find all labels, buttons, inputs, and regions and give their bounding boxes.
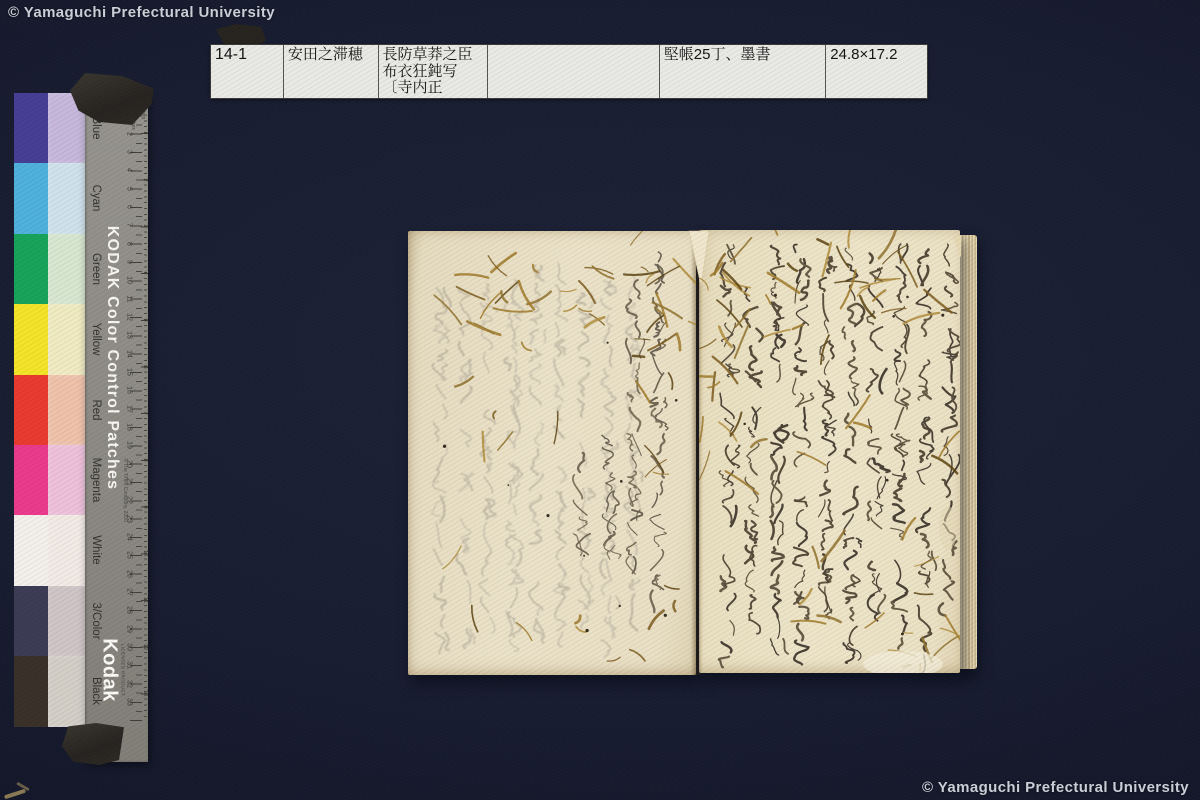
ruler-cm-number: 27 xyxy=(126,588,133,596)
ruler-cm-number: 11 xyxy=(126,295,133,302)
patch-pale-cyan xyxy=(48,163,85,233)
label-cell-author: 安田之滞穂 xyxy=(284,45,379,98)
label-cell-number: 14-1 xyxy=(211,45,284,98)
ruler-cm-number: 16 xyxy=(126,386,133,394)
patch-label: Green xyxy=(90,253,102,285)
patch-white xyxy=(14,515,48,585)
ruler-cm-number: 25 xyxy=(126,551,133,559)
ruler-cm-number: 20 xyxy=(126,460,133,468)
copyright-top-left: © Yamaguchi Prefectural University xyxy=(8,4,275,21)
ruler-inch-number: 6 xyxy=(142,365,148,368)
patch-magenta xyxy=(14,445,48,515)
copyright-bottom-right: © Yamaguchi Prefectural University xyxy=(922,779,1189,796)
patch-red xyxy=(14,375,48,445)
patch-3-color xyxy=(14,586,48,656)
patch-pale-yellow xyxy=(48,304,85,374)
ruler-inch-number: 13 xyxy=(142,690,148,696)
ruler-cm-number: 31 xyxy=(126,661,133,669)
patch-pale-red xyxy=(48,375,85,445)
patch-label: Cyan xyxy=(90,185,102,212)
ruler-cm-number: 26 xyxy=(126,570,133,578)
ruler-cm-number: 17 xyxy=(126,405,133,413)
ruler-cm-number: 4 xyxy=(126,168,133,172)
ruler-cm-number: 10 xyxy=(126,276,133,284)
ruler-ticks-inch-major xyxy=(141,133,148,723)
patch-green xyxy=(14,234,48,304)
kodak-gray-panel: KODAK Color Control Patches © The Tiffen… xyxy=(85,90,148,762)
catalog-label-strip: 14-1安田之滞穂長防草莽之臣布衣狂鈍写〔寺内正堅帳25丁、墨書24.8×17.… xyxy=(210,44,928,99)
ruler-cm-number: 6 xyxy=(126,205,133,209)
calligraphy-and-stains xyxy=(408,228,976,680)
ruler-cm-number: 2 xyxy=(126,132,133,136)
ruler-cm-number: 7 xyxy=(126,223,133,227)
patch-label: Magenta xyxy=(90,458,102,503)
ruler-cm-number: 9 xyxy=(126,260,133,264)
label-cell-format: 堅帳25丁、墨書 xyxy=(660,45,827,98)
kodak-brand-text: KODAK Color Control Patches xyxy=(103,226,121,490)
ruler-cm-number: 21 xyxy=(126,478,133,486)
label-cell-size: 24.8×17.2 xyxy=(826,45,927,98)
patch-label: Red xyxy=(90,399,102,420)
ruler-cm-number: 23 xyxy=(126,515,133,523)
ruler-inch-number: 7 xyxy=(142,412,148,415)
archival-photo: © Yamaguchi Prefectural University 14-1安… xyxy=(0,0,1200,800)
patch-yellow xyxy=(14,304,48,374)
corner-mark xyxy=(4,789,26,800)
ruler-cm-number: 32 xyxy=(126,680,133,688)
patch-blue xyxy=(14,93,48,163)
patch-pale-magenta xyxy=(48,445,85,515)
ruler-cm-number: 33 xyxy=(126,698,133,706)
ruler-cm-number: 28 xyxy=(126,606,133,614)
patch-label: White xyxy=(90,536,102,565)
patch-pale-black xyxy=(48,656,85,726)
ruler-inch-number: 11 xyxy=(142,597,148,603)
label-cell-title: 長防草莽之臣布衣狂鈍写〔寺内正 xyxy=(379,45,489,98)
ruler-inch-number: 8 xyxy=(142,458,148,461)
ruler-cm-number: 24 xyxy=(126,533,133,541)
ruler-cm-number: 8 xyxy=(126,242,133,246)
ruler-cm-number: 3 xyxy=(126,150,133,154)
ruler-inch-number: 1 xyxy=(142,131,148,134)
ruler-inch-number: 10 xyxy=(142,550,148,556)
patch-pale-white xyxy=(48,515,85,585)
ruler-inch-number: 12 xyxy=(142,644,148,650)
ruler-inch-number: 2 xyxy=(142,178,148,181)
licensed-product-text: LICENSED PRODUCT xyxy=(121,644,126,696)
ruler-cm-number: 15 xyxy=(126,368,133,376)
color-patches xyxy=(14,90,85,730)
manuscript-book xyxy=(408,228,976,680)
ruler-cm-number: 18 xyxy=(126,423,133,431)
patch-black xyxy=(14,656,48,726)
ruler-cm-number: 30 xyxy=(126,643,133,651)
patch-label: Black xyxy=(90,677,102,705)
patch-label: 3/Color xyxy=(90,602,102,639)
tape-piece xyxy=(62,723,124,765)
patch-label: Yellow xyxy=(90,323,102,356)
patch-pale-green xyxy=(48,234,85,304)
ruler-inch-number: 5 xyxy=(142,318,148,321)
ruler-cm-number: 14 xyxy=(126,350,133,358)
label-cell-blank xyxy=(488,45,660,98)
ruler-inch-number: 9 xyxy=(142,505,148,508)
patch-pale-3-color xyxy=(48,586,85,656)
ruler-inch-number: 3 xyxy=(142,225,148,228)
ruler-cm-number: 13 xyxy=(126,331,133,339)
ruler-cm-number: 12 xyxy=(126,313,133,321)
ruler-cm-number: 5 xyxy=(126,187,133,191)
ruler-inch-number: 4 xyxy=(142,272,148,275)
ruler-cm-number: 22 xyxy=(126,496,133,504)
kodak-color-strip: KODAK Color Control Patches © The Tiffen… xyxy=(14,90,148,763)
ruler-cm-number: 19 xyxy=(126,441,133,449)
patch-cyan xyxy=(14,163,48,233)
ruler-cm-number: 29 xyxy=(126,625,133,633)
